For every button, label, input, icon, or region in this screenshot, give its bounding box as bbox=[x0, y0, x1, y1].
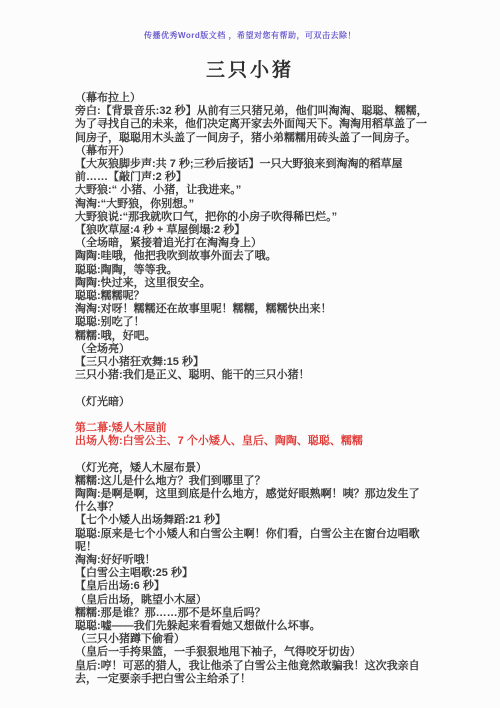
script-line: 【大灰狼脚步声:共 7 秒;三秒后接话】一只大野狼来到淘淘的稻草屋前……【敲门声… bbox=[75, 158, 430, 184]
script-body: （幕布拉上）旁白:【背景音乐:32 秒】从前有三只猪兄弟，他们叫淘淘、聪聪、糯糯… bbox=[75, 92, 430, 686]
script-line: 旁白:【背景音乐:32 秒】从前有三只猪兄弟，他们叫淘淘、聪聪、糯糯，为了寻找自… bbox=[75, 105, 430, 145]
script-line: 陶陶:快过来，这里很安全。 bbox=[75, 277, 430, 290]
script-line: （全场暗，紧接着追光打在淘淘身上） bbox=[75, 237, 430, 250]
script-line: 【七个小矮人出场舞蹈:21 秒】 bbox=[75, 514, 430, 527]
watermark-text: 传播优秀Word版文档 ，希望对您有帮助，可双击去除！ bbox=[0, 30, 500, 41]
script-line: （皇后出场，眺望小木屋） bbox=[75, 594, 430, 607]
script-line: （全场亮） bbox=[75, 343, 430, 356]
script-line: 【三只小猪狂欢舞:15 秒】 bbox=[75, 356, 430, 369]
script-line: 聪聪:别吃了！ bbox=[75, 316, 430, 329]
script-line: 陶陶:是啊是啊，这里到底是什么地方，感觉好眼熟啊！咦？那边发生了什么事？ bbox=[75, 488, 430, 514]
script-line: 聪聪:陶陶，等等我。 bbox=[75, 264, 430, 277]
script-line: （皇后一手挎果篮，一手狠狠地甩下袖子，气得咬牙切齿） bbox=[75, 646, 430, 659]
script-line: 大野狼:“ 小猪、小猪，让我进来。” bbox=[75, 184, 430, 197]
script-line: （幕布拉上） bbox=[75, 92, 430, 105]
script-line: 糯糯:这儿是什么地方？我们到哪里了？ bbox=[75, 475, 430, 488]
script-line: 三只小猪:我们是正义、聪明、能干的三只小猪！ bbox=[75, 369, 430, 382]
script-line: 淘淘:“大野狼，你别想。” bbox=[75, 198, 430, 211]
script-line: 皇后:哼！可恶的猎人，我让他杀了白雪公主他竟然敢骗我！这次我亲自去，一定要亲手把… bbox=[75, 660, 430, 686]
script-line: 淘淘:好好听哦！ bbox=[75, 554, 430, 567]
document-page: 传播优秀Word版文档 ，希望对您有帮助，可双击去除！ 三只小猪 （幕布拉上）旁… bbox=[0, 0, 500, 708]
blank-line bbox=[75, 448, 430, 461]
script-line: 聪聪:糯糯呢？ bbox=[75, 290, 430, 303]
blank-line bbox=[75, 409, 430, 422]
script-line: 第二幕:矮人木屋前 bbox=[75, 422, 430, 435]
script-line: 出场人物:白雪公主、7 个小矮人、皇后、陶陶、聪聪、糯糯 bbox=[75, 435, 430, 448]
script-line: 陶陶:哇哦，他把我吹到故事外面去了哦。 bbox=[75, 250, 430, 263]
script-line: 聪聪:原来是七个小矮人和白雪公主啊！你们看，白雪公主在窗台边唱歌呢！ bbox=[75, 528, 430, 554]
page-title: 三只小猪 bbox=[0, 55, 500, 82]
script-line: （灯光暗） bbox=[75, 396, 430, 409]
script-line: 淘淘:对呀！糯糯还在故事里呢！糯糯，糯糯快出来！ bbox=[75, 303, 430, 316]
script-line: 糯糯:哦，好吧。 bbox=[75, 330, 430, 343]
script-line: 【皇后出场:6 秒】 bbox=[75, 580, 430, 593]
script-line: 大野狼说:“那我就吹口气，把你的小房子吹得稀巴烂。” bbox=[75, 211, 430, 224]
blank-line bbox=[75, 382, 430, 395]
script-line: （幕布开） bbox=[75, 145, 430, 158]
script-line: （灯光亮，矮人木屋布景） bbox=[75, 462, 430, 475]
script-line: 聪聪:嘘——我们先躲起来看看她又想做什么坏事。 bbox=[75, 620, 430, 633]
script-line: 【狼吹草屋:4 秒 + 草屋倒塌:2 秒】 bbox=[75, 224, 430, 237]
script-line: （三只小猪蹲下偷看） bbox=[75, 633, 430, 646]
script-line: 【白雪公主唱歌:25 秒】 bbox=[75, 567, 430, 580]
script-line: 糯糯:那是谁？那……那不是坏皇后吗？ bbox=[75, 607, 430, 620]
